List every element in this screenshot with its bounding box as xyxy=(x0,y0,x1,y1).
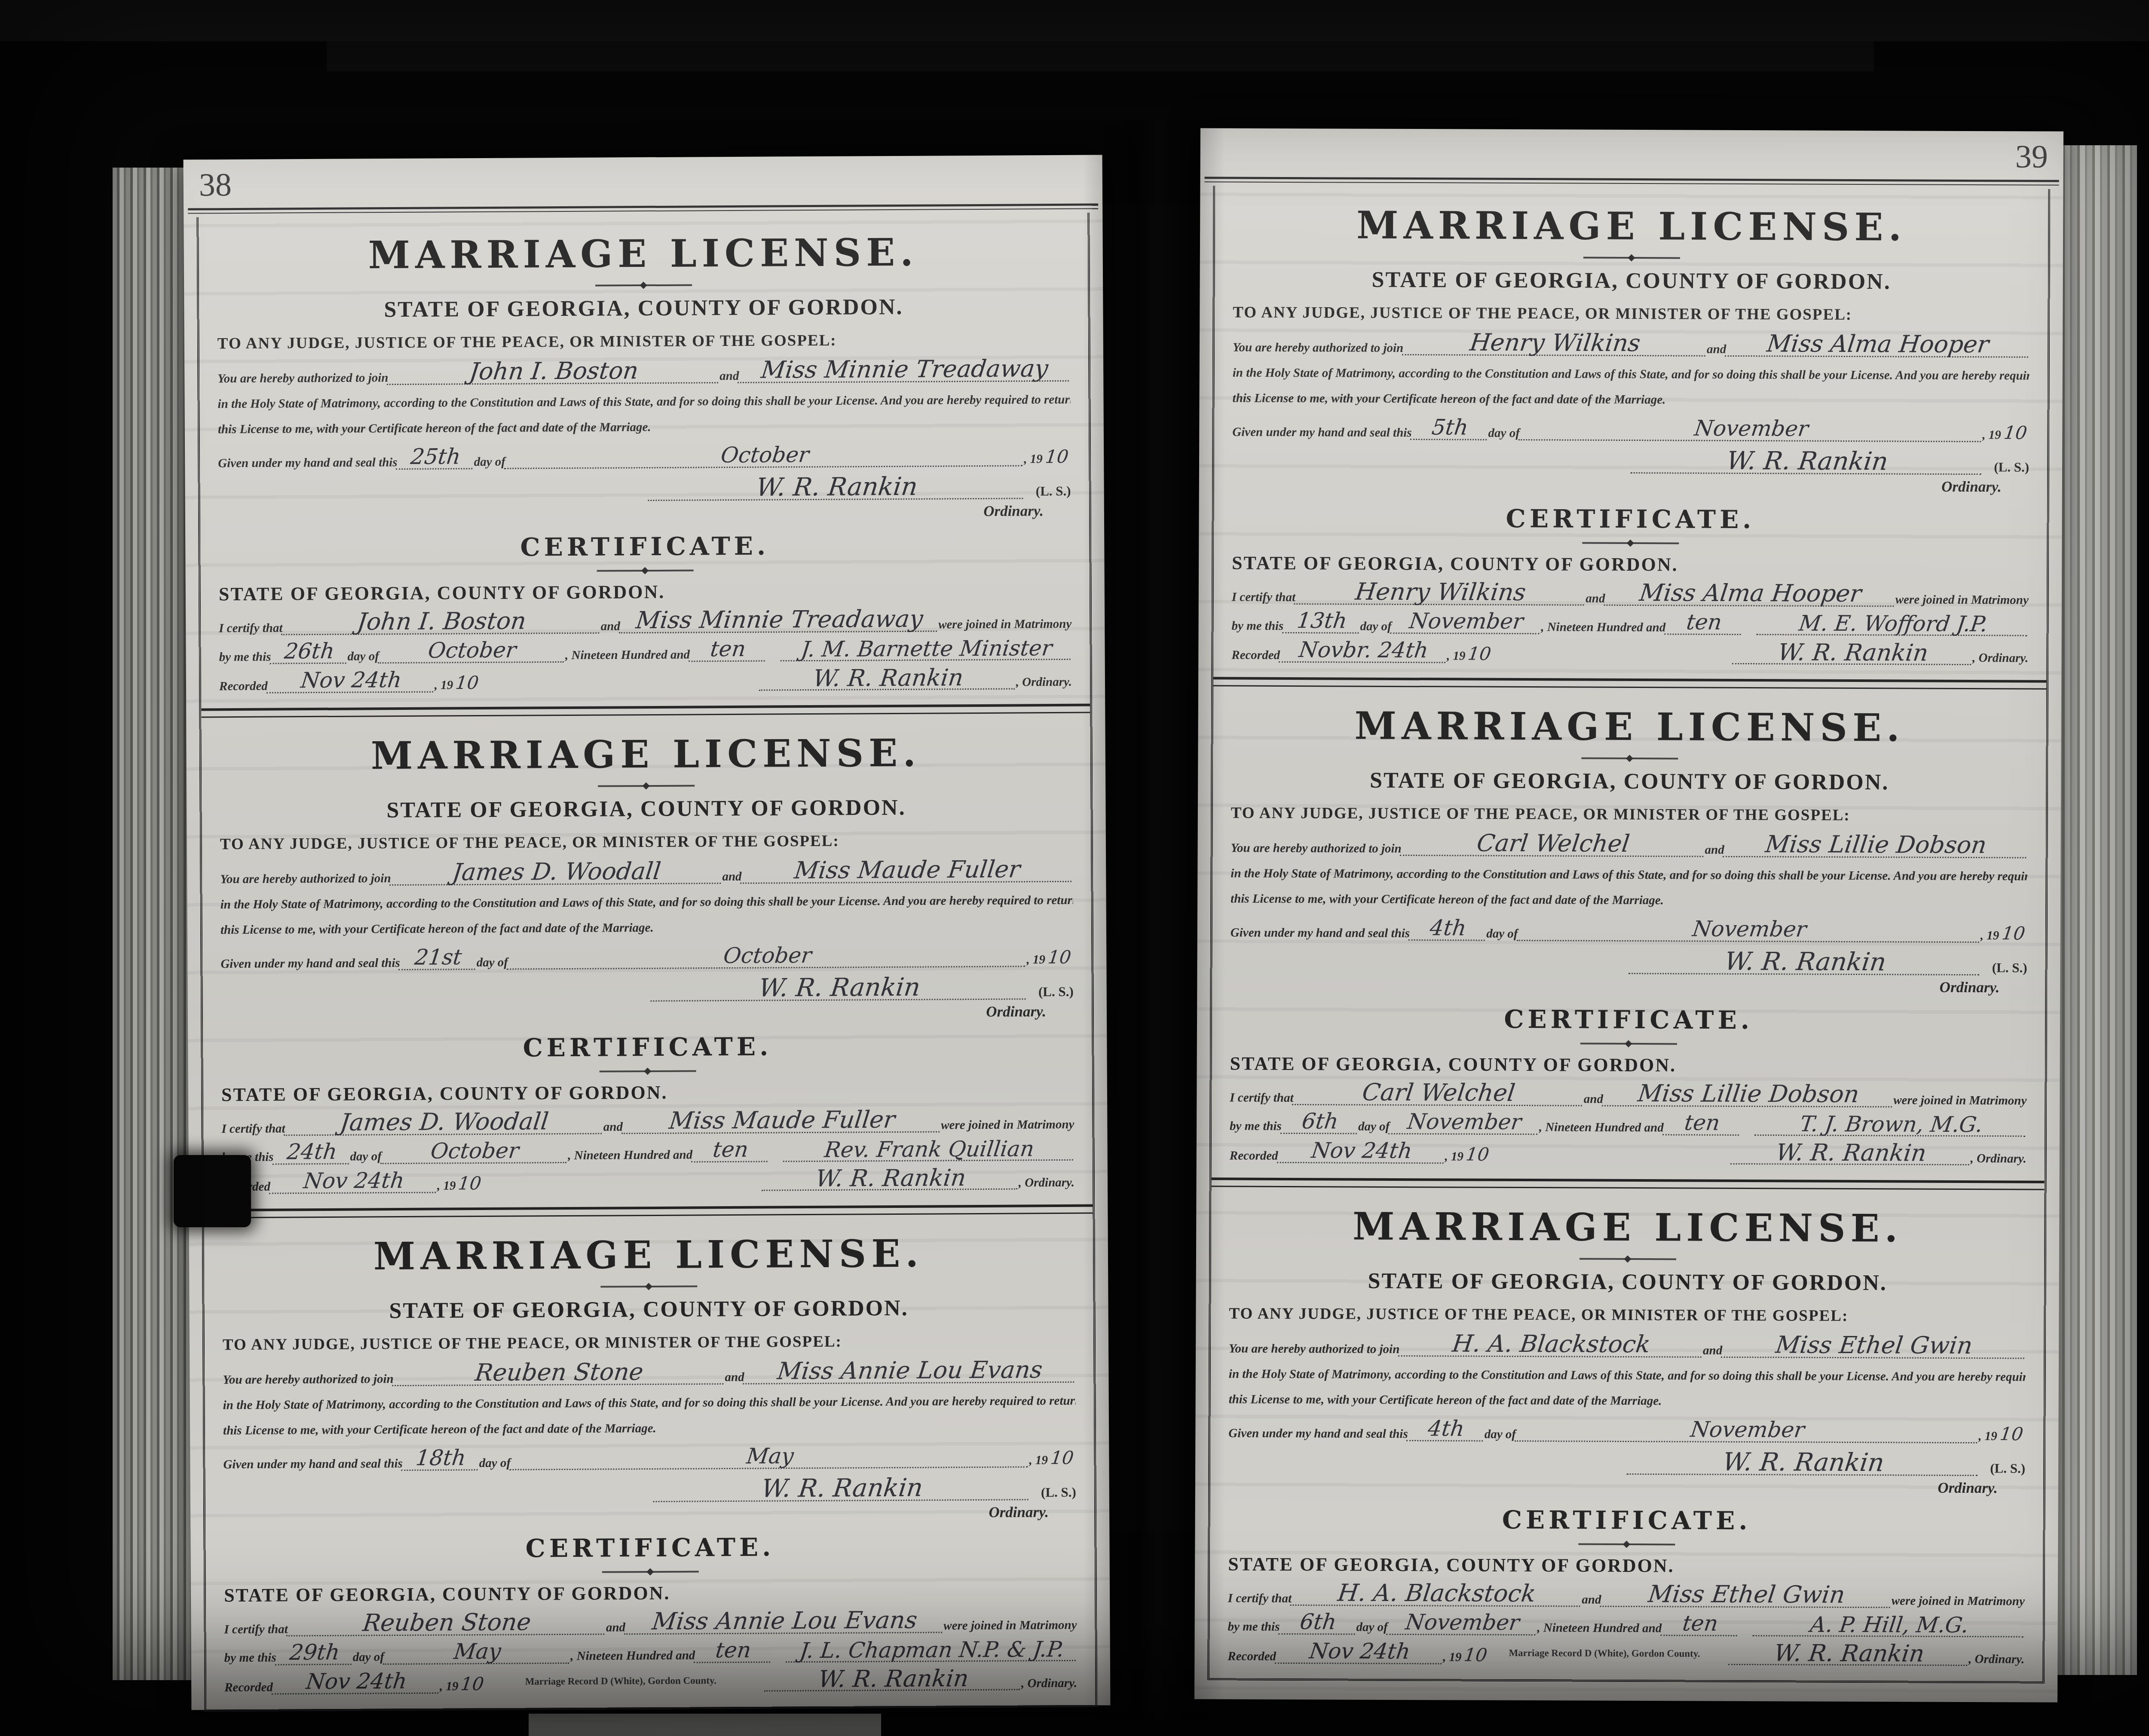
groom-name: Carl Welchel xyxy=(1400,831,1706,857)
recorded-date: Nov 24th xyxy=(1277,1140,1446,1164)
recorded-date: Nov 24th xyxy=(266,670,436,694)
license-month: October xyxy=(504,444,1026,469)
by-me-prefix: by me this xyxy=(1232,619,1284,633)
given-prefix: Given under my hand and seal this xyxy=(223,1457,403,1472)
groom-name: Reuben Stone xyxy=(392,1360,726,1386)
certify-line: I certify that Carl Welchel and Miss Lil… xyxy=(1230,1080,2027,1108)
certify-prefix: I certify that xyxy=(1230,1091,1293,1105)
certificate-title: CERTIFICATE. xyxy=(223,1531,1076,1564)
year-prefix: , 19 xyxy=(1443,1650,1462,1664)
nineteen-hundred-label: , Nineteen Hundred and xyxy=(565,648,690,663)
and-label: and xyxy=(725,1370,744,1385)
ordinary-suffix: , Ordinary. xyxy=(1019,1176,1074,1190)
authorized-line: You are hereby authorized to join H. A. … xyxy=(1229,1331,2026,1359)
license-day: 25th xyxy=(396,446,475,469)
book-photograph: 38 MARRIAGE LICENSE. STATE OF GEORGIA, C… xyxy=(0,0,2149,1736)
return-line: this License to me, with your Certificat… xyxy=(1233,391,2030,409)
recorded-date: Nov 24th xyxy=(269,1171,438,1194)
license-section: MARRIAGE LICENSE. STATE OF GEORGIA, COUN… xyxy=(201,713,1092,1028)
license-title: MARRIAGE LICENSE. xyxy=(1231,703,2028,750)
license-title: MARRIAGE LICENSE. xyxy=(1233,202,2030,250)
photo-top-edge xyxy=(0,0,2149,41)
matrimony-line: in the Holy State of Matrimony, accordin… xyxy=(220,893,1073,912)
authorized-line: You are hereby authorized to join John I… xyxy=(217,357,1070,386)
and-label: and xyxy=(606,1620,625,1635)
bride-name: Miss Ethel Gwin xyxy=(1600,1582,1893,1608)
license-section: MARRIAGE LICENSE. STATE OF GEORGIA, COUN… xyxy=(1210,1187,2045,1500)
and-label: and xyxy=(722,870,741,884)
by-me-line: by me this 24th day of October , Ninetee… xyxy=(222,1138,1074,1165)
day-of-label: day of xyxy=(474,455,505,469)
officiant-signature: A. P. Hill, M.G. xyxy=(1752,1614,2026,1637)
year-prefix: , 19 xyxy=(437,1179,456,1193)
matrimony-line: in the Holy State of Matrimony, accordin… xyxy=(1233,366,2030,383)
ordinary-signature-row: W. R. Rankin (L. S.) xyxy=(218,474,1071,503)
license-year: 10 xyxy=(1041,448,1071,466)
state-county-heading: STATE OF GEORGIA, COUNTY OF GORDON. xyxy=(221,1079,1074,1106)
license-day: 4th xyxy=(1408,918,1488,941)
recorded-label: Recorded xyxy=(1228,1649,1276,1663)
seal-label: (L. S.) xyxy=(1994,459,2029,475)
seal-label: (L. S.) xyxy=(1992,960,2027,975)
by-me-line: by me this 6th day of November , Ninetee… xyxy=(1230,1111,2027,1137)
given-line: Given under my hand and seal this 18th d… xyxy=(223,1445,1076,1472)
ordinary-label: Ordinary. xyxy=(1230,976,2027,996)
license-section: MARRIAGE LICENSE. STATE OF GEORGIA, COUN… xyxy=(1214,186,2048,499)
day-of-label: day of xyxy=(1360,619,1391,633)
authorized-prefix: You are hereby authorized to join xyxy=(220,871,391,886)
binder-clip xyxy=(174,1155,251,1227)
certify-prefix: I certify that xyxy=(224,1622,288,1637)
day-of-label: day of xyxy=(1486,926,1518,941)
authorized-prefix: You are hereby authorized to join xyxy=(1229,1342,1399,1357)
year-prefix: , 19 xyxy=(1447,649,1466,663)
license-month: November xyxy=(1515,1419,1980,1443)
ordinary-label: Ordinary. xyxy=(218,502,1071,524)
recorded-year: 10 xyxy=(1460,1646,1491,1664)
ordinary-signature: W. R. Rankin xyxy=(1629,949,1982,975)
license-year: 10 xyxy=(2000,424,2030,442)
recorded-line: Recorded Nov 24th , 19 10 W. R. Rankin ,… xyxy=(222,1166,1074,1194)
day-of-label: day of xyxy=(1488,426,1520,440)
year-prefix: , 19 xyxy=(1981,929,1999,943)
by-me-prefix: by me this xyxy=(1228,1620,1280,1634)
seal-label: (L. S.) xyxy=(1041,1484,1076,1500)
year-prefix: , 19 xyxy=(440,1679,459,1693)
year-word: ten xyxy=(694,1640,773,1663)
certificate-month: November xyxy=(1390,611,1542,634)
year-prefix: , 19 xyxy=(435,678,453,692)
book-page-edges-left xyxy=(113,168,193,1680)
license-section: MARRIAGE LICENSE. STATE OF GEORGIA, COUN… xyxy=(199,213,1089,528)
page-38: 38 MARRIAGE LICENSE. STATE OF GEORGIA, C… xyxy=(184,155,1111,1710)
ordinary-signature: W. R. Rankin xyxy=(1728,1642,1970,1666)
certificate-day: 13th xyxy=(1282,611,1362,633)
recorded-line: Recorded Nov 24th , 19 10 Marriage Recor… xyxy=(224,1667,1077,1695)
certificate-title: CERTIFICATE. xyxy=(221,1030,1074,1064)
nineteen-hundred-label: , Nineteen Hundred and xyxy=(568,1148,692,1163)
bride-name: Miss Maude Fuller xyxy=(621,1108,943,1134)
given-line: Given under my hand and seal this 25th d… xyxy=(218,443,1071,471)
day-of-label: day of xyxy=(353,1650,384,1665)
groom-name: Henry Wilkins xyxy=(1294,580,1587,606)
certificate-month: May xyxy=(383,1641,572,1665)
groom-name: H. A. Blackstock xyxy=(1398,1332,1705,1358)
page-frame: MARRIAGE LICENSE. STATE OF GEORGIA, COUN… xyxy=(196,213,1097,1712)
ordinary-label: Ordinary. xyxy=(1232,475,2029,495)
license-title: MARRIAGE LICENSE. xyxy=(217,229,1070,278)
divider-ornament-icon xyxy=(1580,1042,1677,1045)
year-prefix: , 19 xyxy=(1026,953,1045,967)
certificate-day: 24th xyxy=(272,1142,351,1164)
spacer xyxy=(481,691,750,692)
year-prefix: , 19 xyxy=(1024,452,1043,466)
ordinary-signature: W. R. Rankin xyxy=(761,1167,1020,1191)
year-word: ten xyxy=(1664,612,1744,635)
certificate-section: CERTIFICATE. STATE OF GEORGIA, COUNTY OF… xyxy=(203,1023,1093,1209)
given-prefix: Given under my hand and seal this xyxy=(1228,1426,1408,1441)
certificate-month: October xyxy=(380,1140,569,1164)
by-me-line: by me this 29th day of May , Nineteen Hu… xyxy=(224,1638,1077,1666)
recorded-line: Recorded Nov 24th , 19 10 Marriage Recor… xyxy=(1228,1640,2024,1666)
return-line: this License to me, with your Certificat… xyxy=(218,418,1071,437)
recorded-year: 10 xyxy=(1464,645,1495,663)
divider-ornament-icon xyxy=(1579,1258,1676,1260)
ordinary-suffix: , Ordinary. xyxy=(1972,651,2028,665)
ordinary-signature-row: W. R. Rankin (L. S.) xyxy=(1228,1448,2025,1476)
certificate-section: CERTIFICATE. STATE OF GEORGIA, COUNTY OF… xyxy=(205,1524,1095,1709)
year-word: ten xyxy=(691,1139,770,1162)
divider-ornament-icon xyxy=(1581,757,1678,759)
groom-name: James D. Woodall xyxy=(284,1109,605,1136)
authorized-prefix: You are hereby authorized to join xyxy=(217,371,388,386)
recorded-label: Recorded xyxy=(219,679,268,694)
recorded-line: Recorded Nov 24th , 19 10 W. R. Rankin ,… xyxy=(1230,1140,2027,1166)
certify-line: I certify that H. A. Blackstock and Miss… xyxy=(1228,1581,2025,1608)
bride-name: Miss Minnie Treadaway xyxy=(618,607,940,633)
joined-suffix: were joined in Matrimony xyxy=(1895,593,2029,607)
year-word: ten xyxy=(689,639,768,662)
book-gutter-shadow xyxy=(1083,120,1225,1719)
ordinary-signature: W. R. Rankin xyxy=(653,1475,1032,1502)
recorded-label: Recorded xyxy=(1231,648,1280,662)
state-county-heading: STATE OF GEORGIA, COUNTY OF GORDON. xyxy=(219,579,1071,605)
ordinary-label: Ordinary. xyxy=(223,1503,1076,1525)
divider-ornament-icon xyxy=(595,284,692,286)
divider-ornament-icon xyxy=(1583,257,1680,259)
certificate-section: CERTIFICATE. STATE OF GEORGIA, COUNTY OF… xyxy=(1212,996,2045,1180)
ordinary-signature-row: W. R. Rankin (L. S.) xyxy=(1230,947,2027,975)
divider-ornament-icon xyxy=(597,569,693,572)
day-of-label: day of xyxy=(347,649,379,663)
bride-name: Miss Alma Hooper xyxy=(1725,332,2031,358)
page-frame: MARRIAGE LICENSE. STATE OF GEORGIA, COUN… xyxy=(1207,186,2050,1683)
state-county-heading: STATE OF GEORGIA, COUNTY OF GORDON. xyxy=(1231,767,2028,795)
ordinary-signature: W. R. Rankin xyxy=(759,666,1017,691)
certify-prefix: I certify that xyxy=(1228,1591,1292,1606)
groom-name: James D. Woodall xyxy=(389,859,724,886)
year-word: ten xyxy=(1662,1113,1742,1135)
page-top-rule xyxy=(188,203,1098,214)
license-day: 5th xyxy=(1410,417,1490,440)
by-me-prefix: by me this xyxy=(219,650,271,664)
joined-suffix: were joined in Matrimony xyxy=(943,1618,1077,1633)
recorded-line: Recorded Nov 24th , 19 10 W. R. Rankin ,… xyxy=(219,666,1072,694)
ordinary-signature: W. R. Rankin xyxy=(648,474,1026,501)
recorded-label: Recorded xyxy=(224,1680,273,1695)
certificate-day: 6th xyxy=(1278,1612,1358,1635)
bride-name: Miss Alma Hooper xyxy=(1604,581,1897,607)
certificate-section: CERTIFICATE. STATE OF GEORGIA, COUNTY OF… xyxy=(1213,496,2047,680)
page-top-rule xyxy=(1205,177,2059,186)
and-label: and xyxy=(601,619,620,633)
certificate-section: CERTIFICATE. STATE OF GEORGIA, COUNTY OF… xyxy=(1209,1497,2043,1681)
certificate-section: CERTIFICATE. STATE OF GEORGIA, COUNTY OF… xyxy=(200,523,1090,708)
groom-name: Carl Welchel xyxy=(1292,1081,1585,1106)
book-page-edges-right xyxy=(2057,145,2137,1675)
recorded-line: Recorded Novbr. 24th , 19 10 W. R. Ranki… xyxy=(1231,639,2028,665)
certificate-title: CERTIFICATE. xyxy=(1232,503,2029,535)
license-year: 10 xyxy=(1998,925,2029,943)
seal-label: (L. S.) xyxy=(1990,1461,2025,1476)
day-of-label: day of xyxy=(350,1150,381,1164)
license-month: November xyxy=(1516,918,1982,943)
groom-name: H. A. Blackstock xyxy=(1290,1581,1583,1607)
bride-name: Miss Minnie Treadaway xyxy=(738,357,1072,383)
bride-name: Miss Lillie Dobson xyxy=(1601,1082,1895,1108)
given-line: Given under my hand and seal this 4th da… xyxy=(1231,917,2027,943)
license-day: 4th xyxy=(1406,1418,1486,1441)
given-line: Given under my hand and seal this 5th da… xyxy=(1232,417,2029,443)
by-me-line: by me this 13th day of November , Ninete… xyxy=(1232,611,2029,636)
groom-name: John I. Boston xyxy=(281,609,602,635)
to-any-judge-line: TO ANY JUDGE, JUSTICE OF THE PEACE, OR M… xyxy=(220,831,1073,853)
ordinary-label: Ordinary. xyxy=(221,1003,1074,1024)
certificate-title: CERTIFICATE. xyxy=(1230,1003,2027,1036)
year-word: ten xyxy=(1660,1613,1740,1636)
ordinary-signature-row: W. R. Rankin (L. S.) xyxy=(223,1475,1076,1504)
page-39: 39 MARRIAGE LICENSE. STATE OF GEORGIA, C… xyxy=(1194,128,2063,1702)
bride-name: Miss Annie Lou Evans xyxy=(743,1358,1077,1385)
given-line: Given under my hand and seal this 21st d… xyxy=(220,944,1073,971)
ordinary-signature-row: W. R. Rankin (L. S.) xyxy=(1232,447,2029,475)
matrimony-line: in the Holy State of Matrimony, accordin… xyxy=(223,1394,1076,1412)
photo-top-shadow xyxy=(327,41,1874,71)
nineteen-hundred-label: , Nineteen Hundred and xyxy=(1539,1121,1664,1135)
given-prefix: Given under my hand and seal this xyxy=(1232,425,1411,440)
year-prefix: , 19 xyxy=(1982,428,2001,442)
state-county-heading: STATE OF GEORGIA, COUNTY OF GORDON. xyxy=(224,1580,1077,1606)
officiant-signature: Rev. Frank Quillian xyxy=(783,1139,1075,1162)
state-county-heading: STATE OF GEORGIA, COUNTY OF GORDON. xyxy=(217,293,1070,323)
certificate-month: November xyxy=(1386,1612,1538,1635)
and-label: and xyxy=(1707,342,1726,357)
return-line: this License to me, with your Certificat… xyxy=(223,1419,1076,1438)
seal-label: (L. S.) xyxy=(1038,984,1074,999)
certify-prefix: I certify that xyxy=(221,1122,285,1136)
joined-suffix: were joined in Matrimony xyxy=(1892,1594,2025,1608)
and-label: and xyxy=(1582,1592,1601,1607)
ordinary-signature: W. R. Rankin xyxy=(1732,641,1974,665)
by-me-line: by me this 6th day of November , Ninetee… xyxy=(1228,1611,2025,1637)
certificate-title: CERTIFICATE. xyxy=(218,530,1071,563)
joined-suffix: were joined in Matrimony xyxy=(938,617,1071,632)
authorized-prefix: You are hereby authorized to join xyxy=(1233,341,1403,356)
license-month: October xyxy=(507,944,1028,969)
given-line: Given under my hand and seal this 4th da… xyxy=(1228,1418,2025,1443)
state-county-heading: STATE OF GEORGIA, COUNTY OF GORDON. xyxy=(1233,266,2030,295)
joined-suffix: were joined in Matrimony xyxy=(941,1118,1074,1133)
ordinary-suffix: , Ordinary. xyxy=(1016,675,1072,690)
license-section: MARRIAGE LICENSE. STATE OF GEORGIA, COUN… xyxy=(204,1213,1094,1528)
certificate-month: October xyxy=(378,640,566,663)
year-prefix: , 19 xyxy=(1978,1429,1997,1443)
license-month: November xyxy=(1518,418,1984,442)
photo-bottom-paper-edge xyxy=(529,1714,881,1736)
certify-line: I certify that John I. Boston and Miss M… xyxy=(219,607,1071,636)
joined-suffix: were joined in Matrimony xyxy=(1893,1093,2027,1108)
year-prefix: , 19 xyxy=(1445,1149,1464,1164)
day-of-label: day of xyxy=(1358,1120,1390,1134)
given-prefix: Given under my hand and seal this xyxy=(220,956,400,971)
day-of-label: day of xyxy=(479,1456,511,1470)
given-prefix: Given under my hand and seal this xyxy=(1231,926,1410,941)
bride-name: Miss Ethel Gwin xyxy=(1721,1333,2027,1359)
recorded-year: 10 xyxy=(455,1175,485,1193)
license-title: MARRIAGE LICENSE. xyxy=(222,1230,1075,1279)
spacer xyxy=(1491,1164,1721,1165)
ordinary-signature: W. R. Rankin xyxy=(650,975,1029,1002)
ordinary-suffix: , Ordinary. xyxy=(1971,1152,2027,1166)
and-label: and xyxy=(603,1120,623,1134)
given-prefix: Given under my hand and seal this xyxy=(218,455,398,471)
ordinary-signature: W. R. Rankin xyxy=(764,1667,1022,1692)
authorized-line: You are hereby authorized to join Henry … xyxy=(1233,330,2030,358)
to-any-judge-line: TO ANY JUDGE, JUSTICE OF THE PEACE, OR M… xyxy=(1231,804,2028,825)
day-of-label: day of xyxy=(1356,1620,1387,1635)
authorized-line: You are hereby authorized to join Carl W… xyxy=(1231,831,2028,858)
license-title: MARRIAGE LICENSE. xyxy=(1229,1203,2026,1251)
record-book-note: Marriage Record D (White), Gordon County… xyxy=(487,1675,755,1687)
day-of-label: day of xyxy=(1485,1427,1516,1441)
ordinary-suffix: , Ordinary. xyxy=(1968,1652,2024,1667)
recorded-year: 10 xyxy=(452,674,482,692)
nineteen-hundred-label: , Nineteen Hundred and xyxy=(1541,620,1665,635)
record-book-note: Marriage Record D (White), Gordon County… xyxy=(1490,1647,1719,1659)
ordinary-signature: W. R. Rankin xyxy=(1730,1141,1972,1165)
groom-name: Reuben Stone xyxy=(286,1610,607,1636)
certificate-day: 29th xyxy=(275,1642,354,1665)
ordinary-signature: W. R. Rankin xyxy=(1627,1450,1981,1476)
divider-ornament-icon xyxy=(599,1070,696,1072)
groom-name: John I. Boston xyxy=(387,359,721,385)
recorded-date: Nov 24th xyxy=(1275,1641,1445,1664)
by-me-prefix: by me this xyxy=(224,1651,276,1666)
return-line: this License to me, with your Certificat… xyxy=(1231,892,2027,909)
license-year: 10 xyxy=(1047,1449,1077,1467)
authorized-prefix: You are hereby authorized to join xyxy=(1231,841,1402,856)
divider-ornament-icon xyxy=(602,1571,698,1573)
officiant-signature: J. M. Barnette Minister xyxy=(781,638,1073,661)
groom-name: Henry Wilkins xyxy=(1402,331,1708,357)
certify-line: I certify that Henry Wilkins and Miss Al… xyxy=(1232,580,2029,607)
divider-ornament-icon xyxy=(1582,542,1679,544)
nineteen-hundred-label: , Nineteen Hundred and xyxy=(1537,1621,1662,1636)
to-any-judge-line: TO ANY JUDGE, JUSTICE OF THE PEACE, OR M… xyxy=(223,1331,1075,1354)
divider-ornament-icon xyxy=(600,1285,697,1287)
certify-line: I certify that Reuben Stone and Miss Ann… xyxy=(224,1608,1077,1637)
certificate-day: 6th xyxy=(1280,1111,1360,1134)
day-of-label: day of xyxy=(477,955,508,969)
to-any-judge-line: TO ANY JUDGE, JUSTICE OF THE PEACE, OR M… xyxy=(1233,303,2030,324)
license-day: 18th xyxy=(401,1448,481,1470)
officiant-signature: M. E. Wofford J.P. xyxy=(1756,613,2030,636)
certificate-title: CERTIFICATE. xyxy=(1228,1504,2025,1536)
authorized-line: You are hereby authorized to join Reuben… xyxy=(223,1358,1075,1388)
bride-name: Miss Lillie Dobson xyxy=(1723,833,2029,859)
seal-label: (L. S.) xyxy=(1036,483,1071,499)
bride-name: Miss Maude Fuller xyxy=(740,858,1074,884)
officiant-signature: T. J. Brown, M.G. xyxy=(1754,1114,2028,1137)
divider-ornament-icon xyxy=(1578,1543,1675,1545)
and-label: and xyxy=(1584,1092,1603,1106)
spacer xyxy=(1494,663,1723,664)
license-day: 21st xyxy=(399,947,478,970)
ordinary-signature-row: W. R. Rankin (L. S.) xyxy=(221,974,1074,1003)
ordinary-signature: W. R. Rankin xyxy=(1631,449,1984,475)
and-label: and xyxy=(1586,592,1605,606)
certificate-month: November xyxy=(1388,1112,1540,1135)
recorded-year: 10 xyxy=(1462,1146,1493,1164)
by-me-prefix: by me this xyxy=(1230,1119,1282,1134)
license-year: 10 xyxy=(1996,1425,2027,1443)
matrimony-line: in the Holy State of Matrimony, accordin… xyxy=(217,393,1070,411)
license-month: May xyxy=(509,1445,1031,1470)
state-county-heading: STATE OF GEORGIA, COUNTY OF GORDON. xyxy=(1230,1052,2027,1077)
page-number: 38 xyxy=(184,155,1103,204)
page-number: 39 xyxy=(1200,128,2063,176)
license-section: MARRIAGE LICENSE. STATE OF GEORGIA, COUN… xyxy=(1212,686,2046,999)
certificate-day: 26th xyxy=(269,641,349,664)
authorized-line: You are hereby authorized to join James … xyxy=(220,858,1073,887)
recorded-year: 10 xyxy=(457,1675,487,1693)
by-me-line: by me this 26th day of October , Ninetee… xyxy=(219,637,1071,664)
ordinary-suffix: , Ordinary. xyxy=(1021,1676,1077,1690)
spacer xyxy=(484,1192,753,1193)
matrimony-line: in the Holy State of Matrimony, accordin… xyxy=(1231,867,2027,884)
officiant-signature: J. L. Chapman N.P. & J.P. xyxy=(786,1639,1078,1663)
matrimony-line: in the Holy State of Matrimony, accordin… xyxy=(1229,1367,2026,1384)
state-county-heading: STATE OF GEORGIA, COUNTY OF GORDON. xyxy=(220,794,1072,824)
recorded-date: Novbr. 24th xyxy=(1279,640,1448,663)
certify-line: I certify that James D. Woodall and Miss… xyxy=(221,1107,1074,1137)
and-label: and xyxy=(1705,843,1724,857)
to-any-judge-line: TO ANY JUDGE, JUSTICE OF THE PEACE, OR M… xyxy=(1229,1304,2026,1326)
recorded-label: Recorded xyxy=(1230,1149,1278,1163)
and-label: and xyxy=(719,369,739,383)
license-title: MARRIAGE LICENSE. xyxy=(220,730,1073,779)
return-line: this License to me, with your Certificat… xyxy=(220,919,1073,937)
certify-prefix: I certify that xyxy=(219,621,282,636)
return-line: this License to me, with your Certificat… xyxy=(1229,1392,2026,1409)
nineteen-hundred-label: , Nineteen Hundred and xyxy=(570,1649,695,1664)
authorized-prefix: You are hereby authorized to join xyxy=(223,1372,393,1387)
state-county-heading: STATE OF GEORGIA, COUNTY OF GORDON. xyxy=(1228,1553,2025,1578)
to-any-judge-line: TO ANY JUDGE, JUSTICE OF THE PEACE, OR M… xyxy=(217,330,1070,353)
ordinary-label: Ordinary. xyxy=(1228,1476,2025,1497)
license-year: 10 xyxy=(1044,949,1074,967)
and-label: and xyxy=(1703,1344,1722,1358)
